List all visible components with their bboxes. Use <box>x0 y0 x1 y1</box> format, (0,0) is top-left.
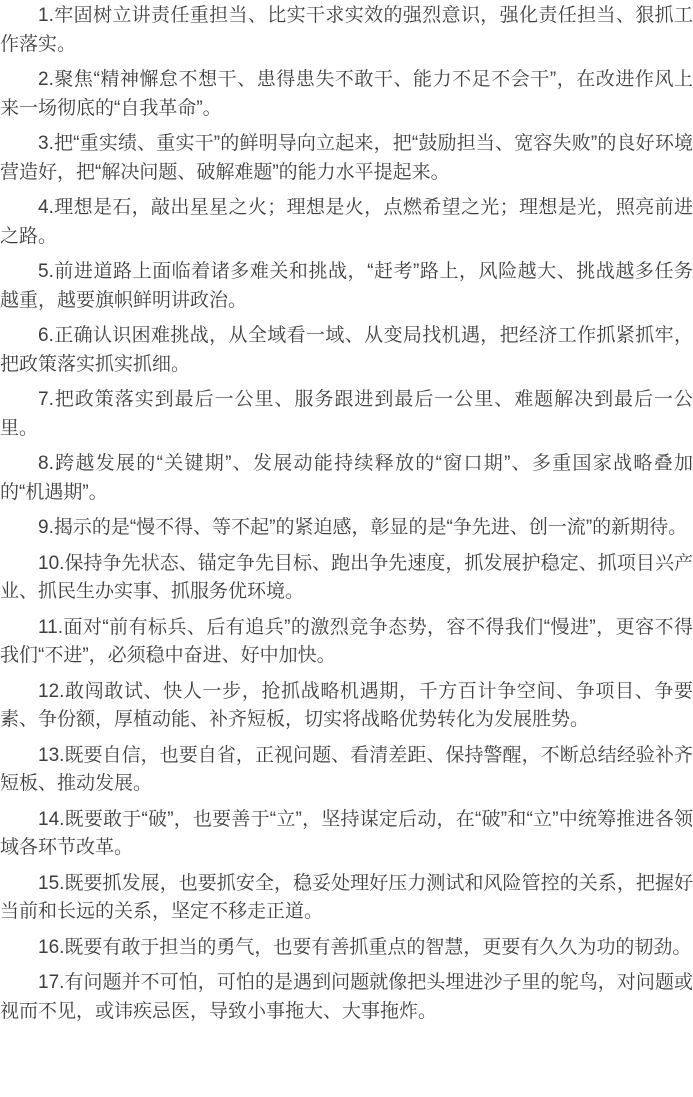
paragraph-14: 14.既要敢于“破”，也要善于“立”，坚持谋定后动，在“破”和“立”中统筹推进各… <box>0 806 693 863</box>
paragraph-1: 1.牢固树立讲责任重担当、比实干求实效的强烈意识，强化责任担当、狠抓工作落实。 <box>0 2 693 59</box>
paragraph-2: 2.聚焦“精神懈怠不想干、患得患失不敢干、能力不足不会干”，在改进作风上来一场彻… <box>0 66 693 123</box>
paragraph-5: 5.前进道路上面临着诸多难关和挑战，“赶考”路上，风险越大、挑战越多任务越重，越… <box>0 258 693 315</box>
paragraph-4: 4.理想是石，敲出星星之火；理想是火，点燃希望之光；理想是光，照亮前进之路。 <box>0 194 693 251</box>
paragraph-3: 3.把“重实绩、重实干”的鲜明导向立起来，把“鼓励担当、宽容失败”的良好环境营造… <box>0 130 693 187</box>
paragraph-15: 15.既要抓发展，也要抓安全，稳妥处理好压力测试和风险管控的关系，把握好当前和长… <box>0 870 693 927</box>
paragraph-9: 9.揭示的是“慢不得、等不起”的紧迫感，彰显的是“争先进、创一流”的新期待。 <box>0 514 693 543</box>
paragraph-16: 16.既要有敢于担当的勇气，也要有善抓重点的智慧，更要有久久为功的韧劲。 <box>0 934 693 963</box>
paragraph-7: 7.把政策落实到最后一公里、服务跟进到最后一公里、难题解决到最后一公里。 <box>0 386 693 443</box>
paragraph-10: 10.保持争先状态、锚定争先目标、跑出争先速度，抓发展护稳定、抓项目兴产业、抓民… <box>0 550 693 607</box>
paragraph-17: 17.有问题并不可怕，可怕的是遇到问题就像把头埋进沙子里的鸵鸟，对问题或视而不见… <box>0 969 693 1026</box>
paragraph-11: 11.面对“前有标兵、后有追兵”的激烈竞争态势，容不得我们“慢进”，更容不得我们… <box>0 614 693 671</box>
paragraph-12: 12.敢闯敢试、快人一步，抢抓战略机遇期，千方百计争空间、争项目、争要素、争份额… <box>0 678 693 735</box>
paragraph-6: 6.正确认识困难挑战，从全域看一域、从变局找机遇，把经济工作抓紧抓牢，把政策落实… <box>0 322 693 379</box>
paragraph-13: 13.既要自信，也要自省，正视问题、看清差距、保持警醒，不断总结经验补齐短板、推… <box>0 742 693 799</box>
document-page: 1.牢固树立讲责任重担当、比实干求实效的强烈意识，强化责任担当、狠抓工作落实。 … <box>0 0 693 1026</box>
paragraph-8: 8.跨越发展的“关键期”、发展动能持续释放的“窗口期”、多重国家战略叠加的“机遇… <box>0 450 693 507</box>
